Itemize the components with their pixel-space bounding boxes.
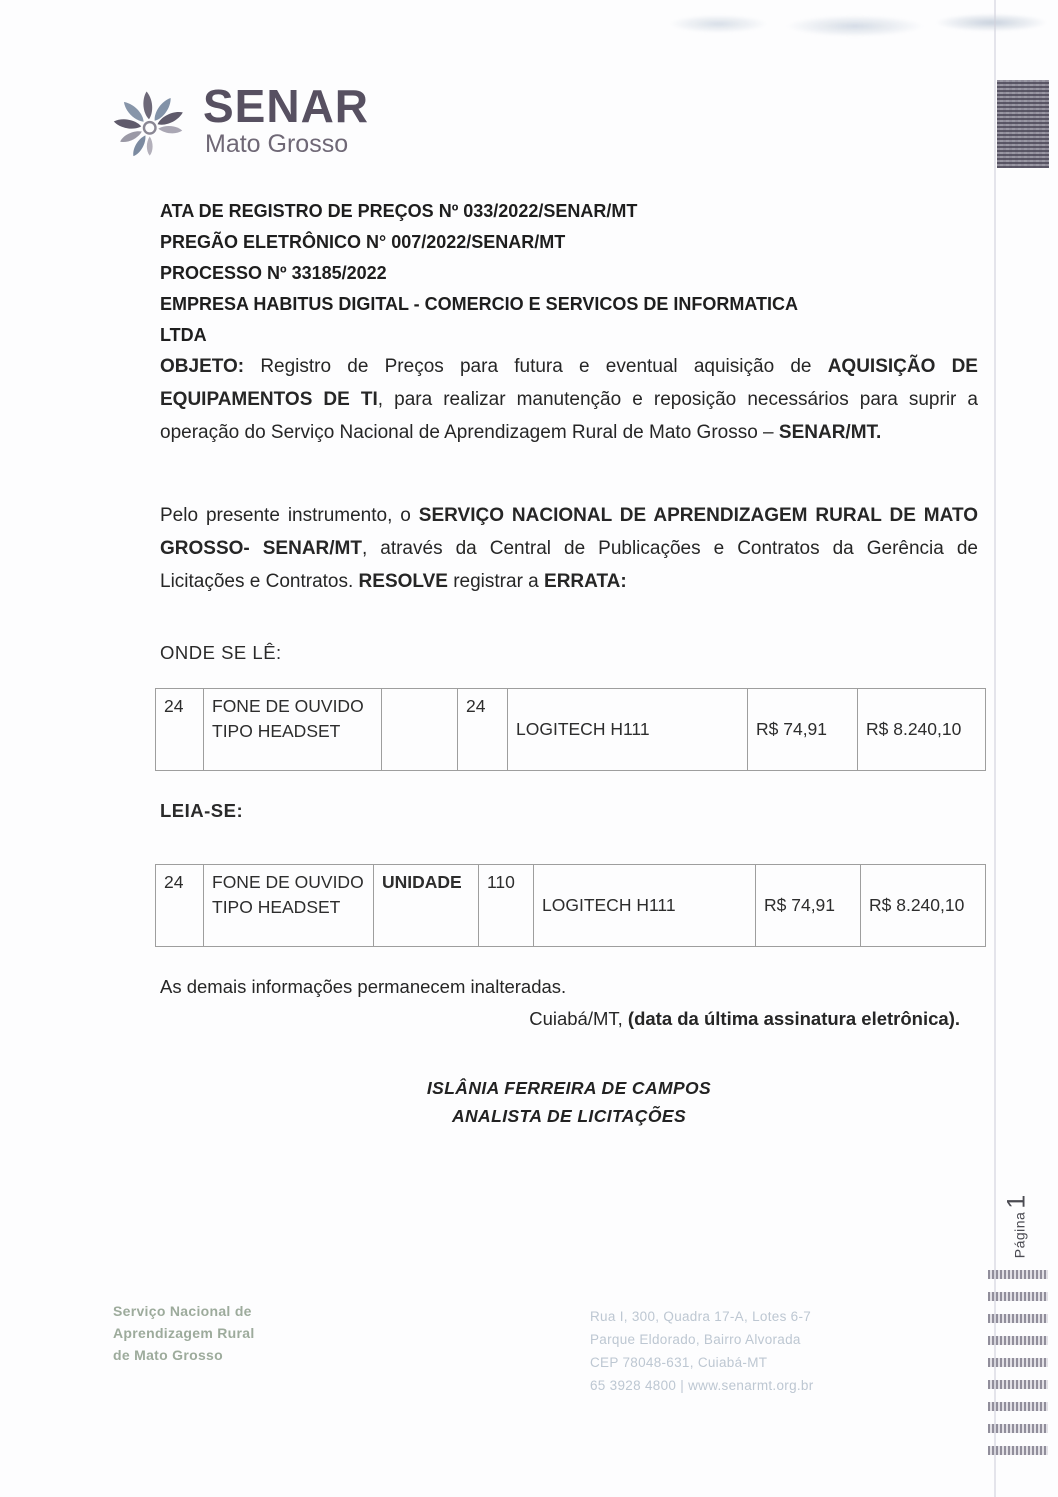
logo-wordmark: SENAR — [203, 82, 369, 130]
scan-edge-stripe — [988, 1358, 1048, 1367]
table-leia-se: 24 FONE DE OUVIDO TIPO HEADSET UNIDADE 1… — [155, 864, 986, 947]
cell-descricao: FONE DE OUVIDO TIPO HEADSET — [204, 689, 382, 771]
title-processo: PROCESSO Nº 33185/2022 — [160, 258, 978, 289]
place-text: Cuiabá/MT, — [529, 1008, 628, 1029]
table-row: 24 FONE DE OUVIDO TIPO HEADSET 24 LOGITE… — [156, 689, 986, 771]
scan-edge-stripe — [988, 1314, 1048, 1323]
cell-descricao: FONE DE OUVIDO TIPO HEADSET — [204, 865, 374, 947]
page-number: 1 — [1003, 1195, 1032, 1209]
scan-noise-block — [997, 80, 1049, 168]
senar-logo: SENAR Mato Grosso — [95, 76, 369, 172]
scan-edge-stripe — [988, 1402, 1048, 1411]
cell-marca: LOGITECH H111 — [508, 689, 748, 771]
scan-edge-stripe — [988, 1292, 1048, 1301]
scan-edge-stripe — [988, 1424, 1048, 1433]
cell-valor-unitario: R$ 74,91 — [748, 689, 858, 771]
signature-block: ISLÂNIA FERREIRA DE CAMPOS ANALISTA DE L… — [160, 1074, 978, 1130]
cell-unidade — [382, 689, 458, 771]
scan-edge-stripe — [988, 1336, 1048, 1345]
instr-bold-errata: ERRATA: — [544, 571, 627, 592]
closing-statement: As demais informações permanecem inalter… — [160, 976, 566, 998]
footer-organization: Serviço Nacional de Aprendizagem Rural d… — [113, 1300, 255, 1366]
scan-edge-stripe — [988, 1446, 1048, 1455]
paragraph-objeto: OBJETO: Registro de Preços para futura e… — [160, 350, 978, 449]
table-onde-se-le: 24 FONE DE OUVIDO TIPO HEADSET 24 LOGITE… — [155, 688, 986, 771]
cell-item: 24 — [156, 865, 204, 947]
cell-valor-unitario: R$ 74,91 — [756, 865, 861, 947]
objeto-text-1: Registro de Preços para futura e eventua… — [244, 356, 828, 377]
objeto-label: OBJETO: — [160, 356, 244, 377]
title-empresa: EMPRESA HABITUS DIGITAL - COMERCIO E SER… — [160, 289, 978, 320]
senar-leaf-icon — [95, 76, 191, 172]
objeto-bold-senar: SENAR/MT. — [779, 422, 881, 443]
title-ata: ATA DE REGISTRO DE PREÇOS Nº 033/2022/SE… — [160, 196, 978, 227]
document-header: ATA DE REGISTRO DE PREÇOS Nº 033/2022/SE… — [160, 196, 978, 351]
footer-org-line: Aprendizagem Rural — [113, 1322, 255, 1344]
scan-smudge-top — [660, 5, 1050, 47]
cell-quantidade: 24 — [458, 689, 508, 771]
logo-subtitle: Mato Grosso — [205, 130, 369, 158]
cell-unidade: UNIDADE — [374, 865, 479, 947]
instr-bold-resolve: RESOLVE — [359, 571, 448, 592]
place-date-line: Cuiabá/MT, (data da última assinatura el… — [160, 1008, 960, 1030]
footer-address: Rua I, 300, Quadra 17-A, Lotes 6-7 Parqu… — [590, 1305, 814, 1397]
footer-address-line: Rua I, 300, Quadra 17-A, Lotes 6-7 — [590, 1305, 814, 1328]
cell-valor-total: R$ 8.240,10 — [861, 865, 986, 947]
section-label-onde-se-le: ONDE SE LÊ: — [160, 642, 282, 664]
page-number-marker: Página 1 — [1003, 1172, 1032, 1282]
page-label: Página — [1012, 1212, 1028, 1259]
signer-name: ISLÂNIA FERREIRA DE CAMPOS — [160, 1074, 978, 1102]
instr-text-1: Pelo presente instrumento, o — [160, 505, 419, 526]
date-bold-text: (data da última assinatura eletrônica). — [628, 1008, 960, 1029]
paragraph-instrumento: Pelo presente instrumento, o SERVIÇO NAC… — [160, 499, 978, 598]
cell-item: 24 — [156, 689, 204, 771]
footer-org-line: Serviço Nacional de — [113, 1300, 255, 1322]
table-row: 24 FONE DE OUVIDO TIPO HEADSET UNIDADE 1… — [156, 865, 986, 947]
title-pregao: PREGÃO ELETRÔNICO N° 007/2022/SENAR/MT — [160, 227, 978, 258]
footer-address-line: Parque Eldorado, Bairro Alvorada — [590, 1328, 814, 1351]
footer-address-line: CEP 78048-631, Cuiabá-MT — [590, 1351, 814, 1374]
scan-edge-stripe — [988, 1380, 1048, 1389]
instr-text-3: registrar a — [448, 571, 544, 592]
cell-valor-total: R$ 8.240,10 — [858, 689, 986, 771]
signer-title: ANALISTA DE LICITAÇÕES — [160, 1102, 978, 1130]
section-label-leia-se: LEIA-SE: — [160, 800, 243, 822]
title-empresa-cont: LTDA — [160, 320, 978, 351]
cell-marca: LOGITECH H111 — [534, 865, 756, 947]
footer-org-line: de Mato Grosso — [113, 1344, 255, 1366]
footer-address-line: 65 3928 4800 | www.senarmt.org.br — [590, 1374, 814, 1397]
cell-quantidade: 110 — [479, 865, 534, 947]
